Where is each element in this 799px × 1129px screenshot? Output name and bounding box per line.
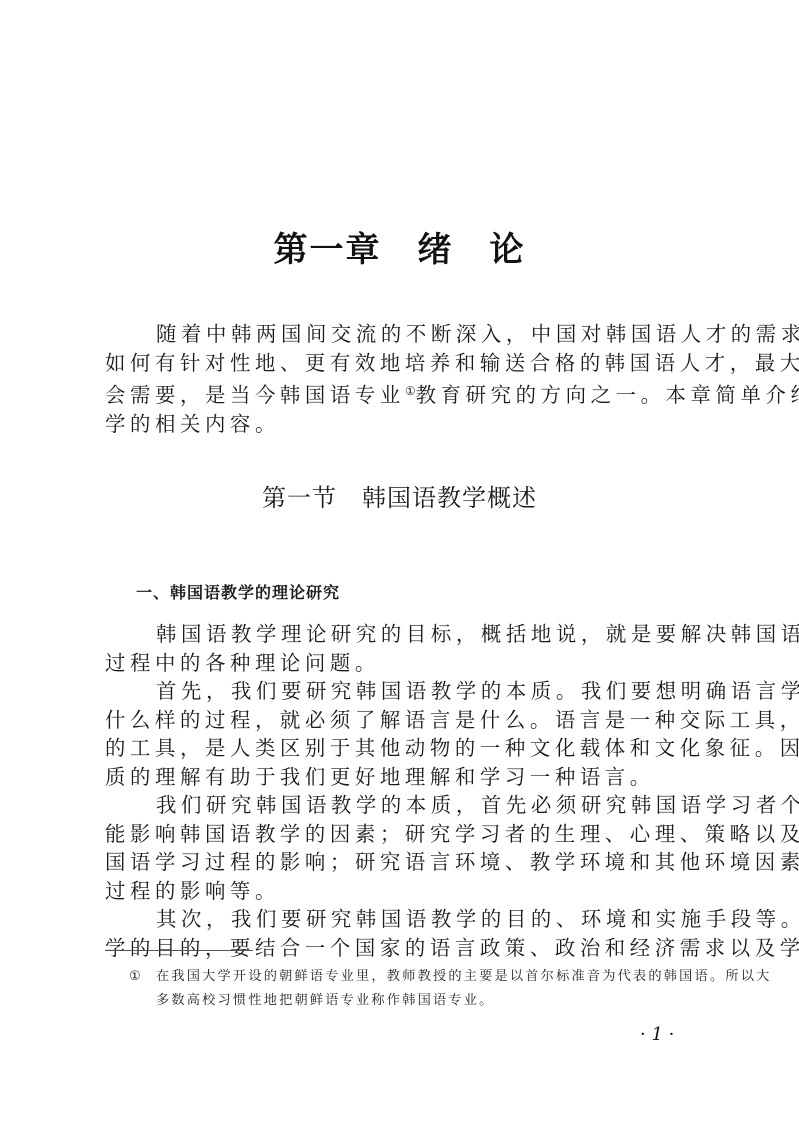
intro-line: 会需要，是当今韩国语专业①教育研究的方向之一。本章简单介绍了韩国语教 bbox=[105, 377, 697, 410]
body-line: 学的目的，要结合一个国家的语言政策、政治和经济需求以及学习者个人的学 bbox=[105, 934, 697, 963]
page-number-prefix: · bbox=[640, 1024, 651, 1045]
body-line: 韩国语教学理论研究的目标，概括地说，就是要解决韩国语教学具体实施 bbox=[105, 620, 697, 649]
page-number: · 1 · bbox=[640, 1023, 700, 1047]
body-line: 质的理解有助于我们更好地理解和学习一种语言。 bbox=[105, 763, 697, 792]
footnote-marker: ① bbox=[129, 965, 141, 989]
body-paragraph: 其次，我们要研究韩国语教学的目的、环境和实施手段等。研究韩国语教 学的目的，要结… bbox=[105, 905, 697, 962]
subsection-title: 一、韩国语教学的理论研究 bbox=[136, 581, 340, 605]
body-line: 过程中的各种理论问题。 bbox=[105, 649, 697, 678]
page-number-value: 1 bbox=[651, 1024, 662, 1045]
page-number-suffix: · bbox=[663, 1024, 674, 1045]
footnote-text: 在我国大学开设的朝鲜语专业里，教师教授的主要是以首尔标准音为代表的韩国语。所以大… bbox=[156, 965, 699, 1013]
chapter-title: 第一章 绪 论 bbox=[0, 226, 799, 274]
footnotes: ① 在我国大学开设的朝鲜语专业里，教师教授的主要是以首尔标准音为代表的韩国语。所… bbox=[129, 965, 699, 1013]
body-line: 其次，我们要研究韩国语教学的目的、环境和实施手段等。研究韩国语教 bbox=[105, 905, 697, 934]
book-page: 第一章 绪 论 随着中韩两国间交流的不断深入，中国对韩国语人才的需求也越来越大。… bbox=[0, 0, 799, 1129]
body-paragraph: 韩国语教学理论研究的目标，概括地说，就是要解决韩国语教学具体实施 过程中的各种理… bbox=[105, 620, 697, 677]
intro-paragraph: 随着中韩两国间交流的不断深入，中国对韩国语人才的需求也越来越大。 如何有针对性地… bbox=[105, 320, 697, 438]
body-paragraph: 我们研究韩国语教学的本质，首先必须研究韩国语学习者个人以及各种可 能影响韩国语教… bbox=[105, 791, 697, 905]
footnote-line: 多数高校习惯性地把朝鲜语专业称作韩国语专业。 bbox=[156, 989, 699, 1013]
intro-line-part: 会需要，是当今韩国语专业 bbox=[105, 383, 405, 407]
footnote-divider bbox=[105, 950, 253, 951]
footnote-reference[interactable]: ① bbox=[405, 384, 416, 398]
intro-line: 学的相关内容。 bbox=[105, 410, 697, 439]
body-paragraph: 首先，我们要研究韩国语教学的本质。我们要想明确语言学习究竟是一种 什么样的过程，… bbox=[105, 677, 697, 791]
body-line: 的工具，是人类区别于其他动物的一种文化载体和文化象征。因此，对语言本 bbox=[105, 734, 697, 763]
section-title: 第一节 韩国语教学概述 bbox=[0, 480, 799, 516]
body-line: 什么样的过程，就必须了解语言是什么。语言是一种交际工具，也是人类思维 bbox=[105, 706, 697, 735]
body-line: 我们研究韩国语教学的本质，首先必须研究韩国语学习者个人以及各种可 bbox=[105, 791, 697, 820]
main-body: 韩国语教学理论研究的目标，概括地说，就是要解决韩国语教学具体实施 过程中的各种理… bbox=[105, 620, 697, 962]
body-line: 国语学习过程的影响；研究语言环境、教学环境和其他环境因素对韩国语教学 bbox=[105, 848, 697, 877]
body-line: 能影响韩国语教学的因素；研究学习者的生理、心理、策略以及社会因素对韩 bbox=[105, 820, 697, 849]
intro-line: 如何有针对性地、更有效地培养和输送合格的韩国语人才，最大限度地满足社 bbox=[105, 349, 697, 378]
body-line: 过程的影响等。 bbox=[105, 877, 697, 906]
intro-line: 随着中韩两国间交流的不断深入，中国对韩国语人才的需求也越来越大。 bbox=[105, 320, 697, 349]
intro-line-part: 教育研究的方向之一。本章简单介绍了韩国语教 bbox=[416, 383, 799, 407]
footnote-item: ① 在我国大学开设的朝鲜语专业里，教师教授的主要是以首尔标准音为代表的韩国语。所… bbox=[129, 965, 699, 1013]
body-line: 首先，我们要研究韩国语教学的本质。我们要想明确语言学习究竟是一种 bbox=[105, 677, 697, 706]
footnote-line: 在我国大学开设的朝鲜语专业里，教师教授的主要是以首尔标准音为代表的韩国语。所以大 bbox=[156, 965, 699, 989]
